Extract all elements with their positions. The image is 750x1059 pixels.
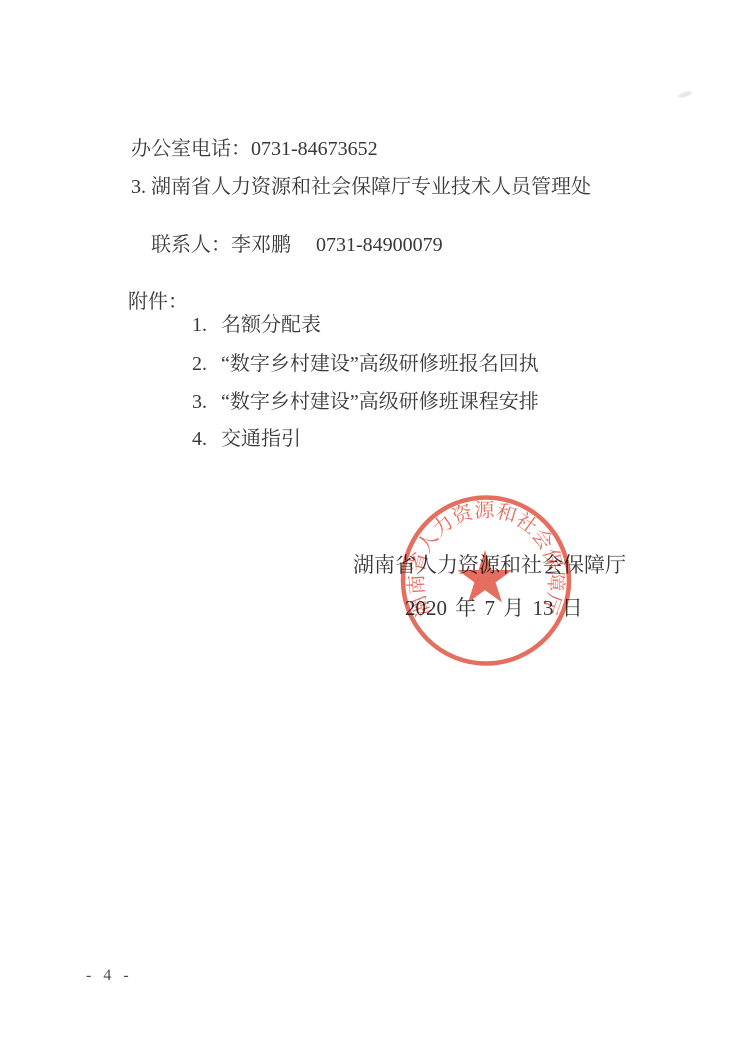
office-phone-line: 办公室电话：0731-84673652 — [131, 138, 378, 161]
contact-person-line: 联系人：李邓鹏0731-84900079 — [131, 211, 443, 280]
scan-smudge — [678, 90, 693, 99]
page-number: - 4 - — [86, 967, 133, 985]
document-page: 办公室电话：0731-84673652 3. 湖南省人力资源和社会保障厅专业技术… — [0, 0, 750, 1059]
department-line: 3. 湖南省人力资源和社会保障厅专业技术人员管理处 — [131, 176, 591, 199]
contact-person-name: 联系人：李邓鹏 — [151, 234, 291, 256]
attachment-number: 4. — [192, 428, 221, 451]
contact-person-phone: 0731-84900079 — [316, 234, 443, 256]
seal-ring — [403, 498, 569, 664]
attachment-item-4: 4.交通指引 — [172, 405, 301, 474]
signature-date: 2020 年 7 月 13 日 — [405, 596, 583, 620]
signature-organization: 湖南省人力资源和社会保障厅 — [353, 553, 626, 577]
attachment-title: 交通指引 — [221, 428, 301, 450]
